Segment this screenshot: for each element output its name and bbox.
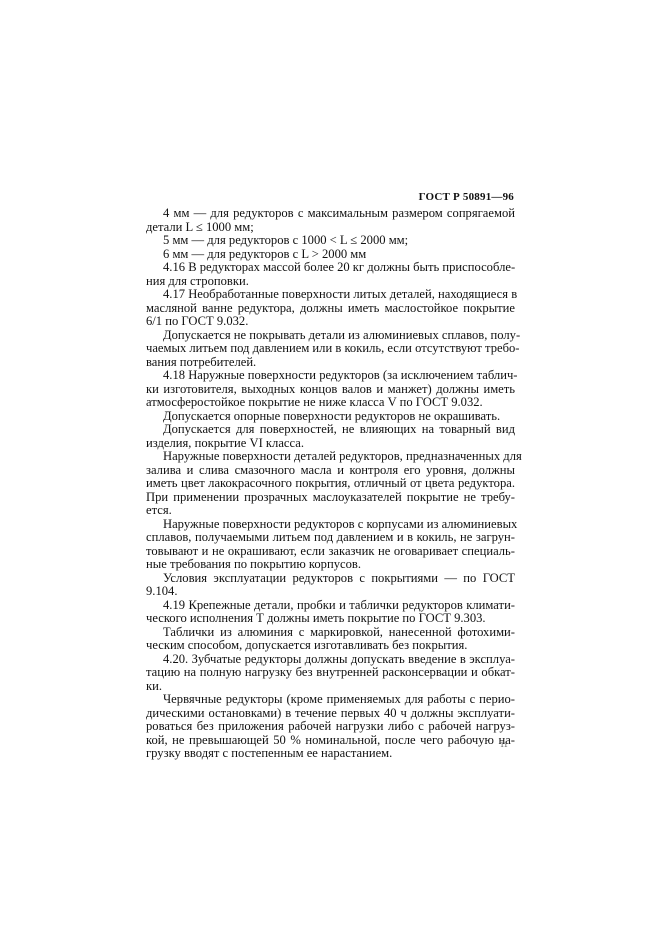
page-number: 11 [500,740,508,749]
text-line: масляной ванне редуктора, должны иметь м… [146,302,515,316]
text-line: Условия эксплуатации редукторов с покрыт… [146,572,515,586]
text-line: ется. [146,504,515,518]
text-line: атмосферостойкое покрытие не ниже класса… [146,396,515,410]
body-text: 4 мм — для редукторов с максимальным раз… [146,207,515,761]
text-line: Наружные поверхности редукторов с корпус… [146,518,515,532]
text-line: ные требования по покрытию корпусов. [146,558,515,572]
text-line: детали L ≤ 1000 мм; [146,221,515,235]
text-line: чаемых литьем под давлением или в кокиль… [146,342,515,356]
text-line: изделия, покрытие VI класса. [146,437,515,451]
text-line: 4.16 В редукторах массой более 20 кг дол… [146,261,515,275]
text-line: 4.17 Необработанные поверхности литых де… [146,288,515,302]
text-line: тацию на полную нагрузку без внутренней … [146,666,515,680]
text-line: вания потребителей. [146,356,515,370]
text-line: грузку вводят с постепенным ее нарастани… [146,747,515,761]
text-line: 4.18 Наружные поверхности редукторов (за… [146,369,515,383]
text-line: Допускается для поверхностей, не влияющи… [146,423,515,437]
text-line: кой, не превышающей 50 % номинальной, по… [146,734,515,748]
text-line: При применении прозрачных маслоуказателе… [146,491,515,505]
text-line: 4.19 Крепежные детали, пробки и таблички… [146,599,515,613]
text-line: 9.104. [146,585,515,599]
text-line: иметь цвет лакокрасочного покрытия, отли… [146,477,515,491]
text-line: 6/1 по ГОСТ 9.032. [146,315,515,329]
text-line: Таблички из алюминия с маркировкой, нане… [146,626,515,640]
text-line: залива и слива смазочного масла и контро… [146,464,515,478]
standard-code-header: ГОСТ Р 50891—96 [419,191,514,203]
text-line: ческого исполнения Т должны иметь покрыт… [146,612,515,626]
text-line: ния для строповки. [146,275,515,289]
text-line: Допускается опорные поверхности редуктор… [146,410,515,424]
text-line: дическими остановками) в течение первых … [146,707,515,721]
text-line: 4.20. Зубчатые редукторы должны допускат… [146,653,515,667]
text-line: сплавов, получаемыми литьем под давление… [146,531,515,545]
text-line: Допускается не покрывать детали из алюми… [146,329,515,343]
text-line: ки. [146,680,515,694]
text-line: 5 мм — для редукторов с 1000 < L ≤ 2000 … [146,234,515,248]
text-line: роваться без приложения рабочей нагрузки… [146,720,515,734]
text-line: ки изготовителя, выходных концов валов и… [146,383,515,397]
text-line: Наружные поверхности деталей редукторов,… [146,450,515,464]
text-line: 4 мм — для редукторов с максимальным раз… [146,207,515,221]
text-line: товывают и не окрашивают, если заказчик … [146,545,515,559]
text-line: Червячные редукторы (кроме применяемых д… [146,693,515,707]
text-line: ческим способом, допускается изготавлива… [146,639,515,653]
text-line: 6 мм — для редукторов с L > 2000 мм [146,248,515,262]
